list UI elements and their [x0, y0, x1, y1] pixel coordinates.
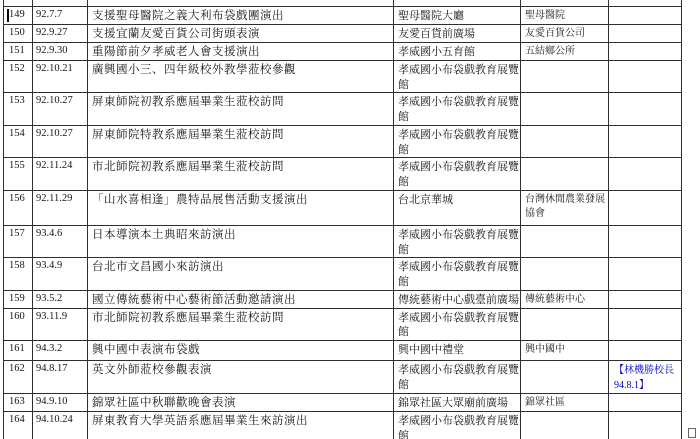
description-cell[interactable]: 屏東師院特教系應屆畢業生蒞校訪問	[88, 125, 394, 157]
organizer-cell[interactable]	[521, 361, 609, 394]
location-cell[interactable]: 聖母醫院大廳	[394, 7, 521, 25]
row-no-cell[interactable]: 160	[4, 308, 33, 340]
row-no-cell[interactable]: 154	[4, 125, 33, 157]
organizer-cell[interactable]: 傳統藝術中心	[521, 290, 609, 308]
row-no-cell[interactable]: 162	[4, 361, 33, 394]
location-cell[interactable]: 孝威國小布袋戲教育展覽館	[394, 361, 521, 394]
description-cell[interactable]: 日本導演本土典昭來訪演出	[88, 225, 394, 257]
row-no-cell[interactable]: 164	[4, 412, 33, 439]
note-cell[interactable]	[609, 125, 682, 157]
note-cell[interactable]	[609, 290, 682, 308]
organizer-cell[interactable]	[521, 93, 609, 125]
date-cell[interactable]: 94.3.2	[33, 341, 88, 361]
text-cursor	[7, 9, 9, 22]
note-cell[interactable]	[609, 190, 682, 225]
row-no-cell[interactable]: 163	[4, 394, 33, 412]
note-cell[interactable]	[609, 25, 682, 43]
row-no-cell[interactable]: 150	[4, 25, 33, 43]
organizer-cell[interactable]: 聖母醫院	[521, 7, 609, 25]
date-cell[interactable]: 93.11.9	[33, 308, 88, 340]
row-no-cell[interactable]: 155	[4, 158, 33, 190]
description-cell[interactable]: 廣興國小三、四年級校外教學蒞校參觀	[88, 60, 394, 92]
organizer-cell[interactable]	[521, 125, 609, 157]
performance-records-table: 149 92.7.7 支援聖母醫院之義大利布袋戲團演出 聖母醫院大廳 聖母醫院 …	[3, 0, 682, 439]
description-cell[interactable]: 市北師院初教系應屆畢業生蒞校訪問	[88, 158, 394, 190]
table-row: 155 92.11.24 市北師院初教系應屆畢業生蒞校訪問 孝威國小布袋戲教育展…	[4, 158, 682, 190]
location-cell[interactable]: 台北京華城	[394, 190, 521, 225]
date-cell[interactable]: 92.10.21	[33, 60, 88, 92]
location-cell[interactable]: 錦眾社區大眾廟前廣場	[394, 394, 521, 412]
organizer-cell[interactable]: 錦眾社區	[521, 394, 609, 412]
organizer-cell[interactable]: 興中國中	[521, 341, 609, 361]
table-row: 162 94.8.17 英文外師蒞校參觀表演 孝威國小布袋戲教育展覽館 【林機勝…	[4, 361, 682, 394]
table-row: 163 94.9.10 錦眾社區中秋聯歡晚會表演 錦眾社區大眾廟前廣場 錦眾社區	[4, 394, 682, 412]
row-no-cell[interactable]: 152	[4, 60, 33, 92]
location-cell[interactable]: 友愛百貨前廣場	[394, 25, 521, 43]
organizer-cell[interactable]	[521, 258, 609, 290]
description-cell[interactable]: 國立傳統藝術中心藝術節活動邀請演出	[88, 290, 394, 308]
organizer-cell[interactable]: 台灣休閒農業發展協會	[521, 190, 609, 225]
location-cell[interactable]: 孝威國小布袋戲教育展覽館	[394, 225, 521, 257]
note-cell[interactable]	[609, 412, 682, 439]
location-cell[interactable]: 孝威國小布袋戲教育展覽館	[394, 258, 521, 290]
note-cell[interactable]	[609, 43, 682, 61]
row-no-cell[interactable]: 156	[4, 190, 33, 225]
date-cell[interactable]: 92.11.24	[33, 158, 88, 190]
row-no-cell[interactable]: 157	[4, 225, 33, 257]
description-cell[interactable]: 錦眾社區中秋聯歡晚會表演	[88, 394, 394, 412]
table-row: 154 92.10.27 屏東師院特教系應屆畢業生蒞校訪問 孝威國小布袋戲教育展…	[4, 125, 682, 157]
description-cell[interactable]: 台北市文昌國小來訪演出	[88, 258, 394, 290]
note-cell[interactable]	[609, 394, 682, 412]
note-cell[interactable]	[609, 60, 682, 92]
note-cell[interactable]	[609, 341, 682, 361]
note-cell[interactable]: 【林機勝校長94.8.1】	[609, 361, 682, 394]
table-row: 153 92.10.27 屏東師院初教系應屆畢業生蒞校訪問 孝威國小布袋戲教育展…	[4, 93, 682, 125]
organizer-cell[interactable]	[521, 308, 609, 340]
table-row: 161 94.3.2 興中國中表演布袋戲 興中國中禮堂 興中國中	[4, 341, 682, 361]
date-cell[interactable]: 92.11.29	[33, 190, 88, 225]
table-row: 150 92.9.27 支援宜蘭友愛百貨公司街頭表演 友愛百貨前廣場 友愛百貨公…	[4, 25, 682, 43]
date-cell[interactable]: 93.4.9	[33, 258, 88, 290]
description-cell[interactable]: 重陽節前夕孝威老人會支援演出	[88, 43, 394, 61]
description-cell[interactable]: 興中國中表演布袋戲	[88, 341, 394, 361]
location-cell[interactable]: 孝威國小布袋戲教育展覽館	[394, 93, 521, 125]
date-cell[interactable]: 94.8.17	[33, 361, 88, 394]
table-row: 149 92.7.7 支援聖母醫院之義大利布袋戲團演出 聖母醫院大廳 聖母醫院	[4, 7, 682, 25]
document-page: 149 92.7.7 支援聖母醫院之義大利布袋戲團演出 聖母醫院大廳 聖母醫院 …	[0, 0, 700, 439]
note-cell[interactable]	[609, 225, 682, 257]
table-row: 156 92.11.29 「山水喜相逢」農特品展售活動支援演出 台北京華城 台灣…	[4, 190, 682, 225]
description-cell[interactable]: 市北師院初教系應屆畢業生蒞校訪問	[88, 308, 394, 340]
table-row: 159 93.5.2 國立傳統藝術中心藝術節活動邀請演出 傳統藝術中心戲臺前廣場…	[4, 290, 682, 308]
note-cell[interactable]	[609, 308, 682, 340]
location-cell[interactable]: 孝威國小布袋戲教育展覽館	[394, 125, 521, 157]
description-cell[interactable]: 支援宜蘭友愛百貨公司街頭表演	[88, 25, 394, 43]
table-row: 157 93.4.6 日本導演本土典昭來訪演出 孝威國小布袋戲教育展覽館	[4, 225, 682, 257]
description-cell[interactable]: 「山水喜相逢」農特品展售活動支援演出	[88, 190, 394, 225]
organizer-cell[interactable]: 友愛百貨公司	[521, 25, 609, 43]
table-row: 158 93.4.9 台北市文昌國小來訪演出 孝威國小布袋戲教育展覽館	[4, 258, 682, 290]
note-cell[interactable]	[609, 258, 682, 290]
row-no-cell[interactable]: 161	[4, 341, 33, 361]
table-row: 151 92.9.30 重陽節前夕孝威老人會支援演出 孝威國小五育館 五結鄉公所	[4, 43, 682, 61]
location-cell[interactable]: 孝威國小五育館	[394, 43, 521, 61]
organizer-cell[interactable]	[521, 225, 609, 257]
description-cell[interactable]: 屏東教育大學英語系應屆畢業生來訪演出	[88, 412, 394, 439]
date-cell[interactable]: 92.9.27	[33, 25, 88, 43]
location-cell[interactable]: 孝威國小布袋戲教育展覽館	[394, 308, 521, 340]
location-cell[interactable]: 孝威國小布袋戲教育展覽館	[394, 60, 521, 92]
date-cell[interactable]: 93.5.2	[33, 290, 88, 308]
note-cell[interactable]	[609, 7, 682, 25]
table-row: 160 93.11.9 市北師院初教系應屆畢業生蒞校訪問 孝威國小布袋戲教育展覽…	[4, 308, 682, 340]
description-cell[interactable]: 英文外師蒞校參觀表演	[88, 361, 394, 394]
location-cell[interactable]: 興中國中禮堂	[394, 341, 521, 361]
organizer-cell[interactable]	[521, 158, 609, 190]
description-cell[interactable]: 支援聖母醫院之義大利布袋戲團演出	[88, 7, 394, 25]
location-cell[interactable]: 傳統藝術中心戲臺前廣場	[394, 290, 521, 308]
date-cell[interactable]: 94.10.24	[33, 412, 88, 439]
date-cell[interactable]: 92.10.27	[33, 125, 88, 157]
date-cell[interactable]: 92.7.7	[33, 7, 88, 25]
description-cell[interactable]: 屏東師院初教系應屆畢業生蒞校訪問	[88, 93, 394, 125]
organizer-cell[interactable]	[521, 412, 609, 439]
date-cell[interactable]: 92.10.27	[33, 93, 88, 125]
date-cell[interactable]: 92.9.30	[33, 43, 88, 61]
organizer-cell[interactable]: 五結鄉公所	[521, 43, 609, 61]
date-cell[interactable]: 94.9.10	[33, 394, 88, 412]
location-cell[interactable]: 孝威國小布袋戲教育展覽館	[394, 412, 521, 439]
paragraph-mark-icon	[688, 428, 696, 438]
row-no-cell[interactable]: 159	[4, 290, 33, 308]
row-no-cell[interactable]: 158	[4, 258, 33, 290]
row-no-cell[interactable]: 151	[4, 43, 33, 61]
row-no-cell[interactable]: 153	[4, 93, 33, 125]
table-row: 152 92.10.21 廣興國小三、四年級校外教學蒞校參觀 孝威國小布袋戲教育…	[4, 60, 682, 92]
note-cell[interactable]	[609, 158, 682, 190]
note-cell[interactable]	[609, 93, 682, 125]
organizer-cell[interactable]	[521, 60, 609, 92]
table-row: 164 94.10.24 屏東教育大學英語系應屆畢業生來訪演出 孝威國小布袋戲教…	[4, 412, 682, 439]
date-cell[interactable]: 93.4.6	[33, 225, 88, 257]
location-cell[interactable]: 孝威國小布袋戲教育展覽館	[394, 158, 521, 190]
